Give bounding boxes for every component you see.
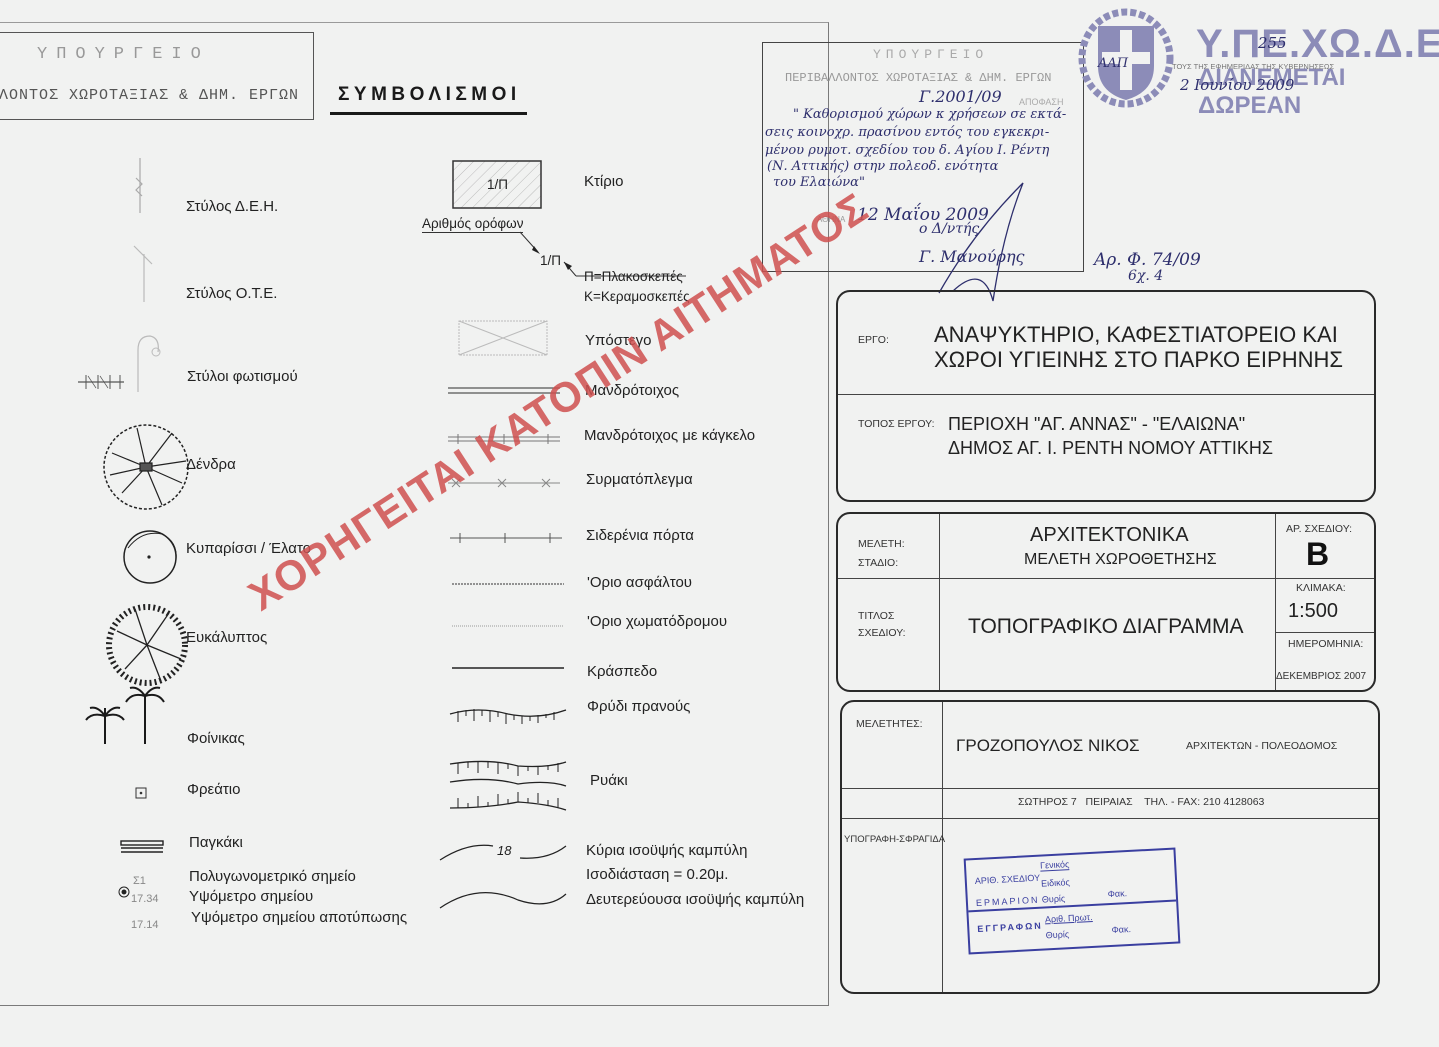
title-block-designers: ΜΕΛΕΤΗΤΕΣ: ΓΡΟΖΟΠΟΥΛΟΣ ΝΙΚΟΣ ΑΡΧΙΤΕΚΤΩΝ … xyxy=(840,700,1380,994)
designer-title: ΑΡΧΙΤΕΚΤΩΝ - ΠΟΛΕΟΔΟΜΟΣ xyxy=(1186,740,1337,752)
shed-icon xyxy=(458,320,548,356)
designer-name: ΓΡΟΖΟΠΟΥΛΟΣ ΝΙΚΟΣ xyxy=(956,736,1140,756)
curb-icon xyxy=(452,666,564,670)
slope-crest-icon xyxy=(448,704,568,726)
stream-icon xyxy=(448,758,570,814)
archive-drawer: Θυρίς xyxy=(1042,893,1066,904)
approval-ref: Γ.2001/09 xyxy=(919,87,1002,106)
tree-icon xyxy=(102,423,190,511)
study-label: ΜΕΛΕΤΗ: xyxy=(858,538,905,550)
survey-point-code: Σ1 xyxy=(133,875,146,887)
archive-general: Γενικός xyxy=(1040,859,1070,872)
location-label: ΤΟΠΟΣ ΕΡΓΟΥ: xyxy=(858,418,935,430)
legend-label-dirt-road-edge: 'Οριο χωματόδρομου xyxy=(587,613,727,630)
ministry-stamp-line1: ΥΠΟΥΡΓΕΙΟ xyxy=(37,45,210,64)
palm-icon xyxy=(84,686,168,748)
drawing-title: ΤΟΠΟΓΡΑΦΙΚΟ ΔΙΑΓΡΑΜΜΑ xyxy=(968,615,1244,639)
archive-specific: Ειδικός xyxy=(1041,877,1070,888)
floors-value: 1/Π xyxy=(540,253,561,268)
legend-label-wall-railing: Μανδρότοιχος με κάγκελο xyxy=(584,427,755,444)
power-pole-icon xyxy=(130,158,150,213)
floors-label: Αριθμός ορόφων xyxy=(422,216,523,233)
decision-label: ΑΠΟΦΑΣΗ xyxy=(1019,97,1064,107)
legend-label-eucalyptus: Ευκάλυπτος xyxy=(186,629,267,646)
recorded-elevation-value: 17.14 xyxy=(131,919,159,931)
legend-title: ΣΥΜΒΟΛΙΣΜΟΙ xyxy=(330,84,527,115)
designer-address: ΣΩΤΗΡΟΣ 7 ΠΕΙΡΑΙΑΣ ΤΗΛ. - FAX: 210 41280… xyxy=(1018,796,1264,808)
contour-value: 18 xyxy=(497,843,511,858)
legend-label-tree: Δένδρα xyxy=(186,456,236,473)
archive-cabinet: ΕΡΜΑΡΙΟΝ xyxy=(976,895,1040,908)
drawing-title-label-2: ΣΧΕΔΙΟΥ: xyxy=(858,627,906,639)
legend-label-power-pole: Στύλος Δ.Ε.Η. xyxy=(186,198,278,215)
gazette-number: 255 xyxy=(1258,34,1287,52)
legend-label-building: Κτίριο xyxy=(584,173,623,190)
scale-value: 1:500 xyxy=(1288,600,1338,623)
project-label: ΕΡΓΟ: xyxy=(858,334,889,346)
legend-label-curb: Κράσπεδο xyxy=(587,663,657,680)
study-value: ΑΡΧΙΤΕΚΤΟΝΙΚΑ xyxy=(1030,524,1189,547)
legend-label-telecom-pole: Στύλος Ο.Τ.Ε. xyxy=(186,285,277,302)
title-block-drawing: ΜΕΛΕΤΗ: ΣΤΑΔΙΟ: ΑΡΧΙΤΕΚΤΟΝΙΚΑ ΜΕΛΕΤΗ ΧΩΡ… xyxy=(836,512,1376,692)
archive-drawing-no: ΑΡΙΘ. ΣΧΕΔΙΟΥ xyxy=(975,873,1041,886)
drawing-no-label: ΑΡ. ΣΧΕΔΙΟΥ: xyxy=(1286,523,1352,535)
legend-label-iron-gate: Σιδερένια πόρτα xyxy=(586,527,694,544)
approval-text-2: σεις κοινοχρ. πρασίνου εντός του εγκεκρι… xyxy=(765,125,1049,140)
date-label: ΗΜΕΡΟΜΗΝΙΑ: xyxy=(1288,638,1363,650)
scale-label: ΚΛΙΜΑΚΑ: xyxy=(1296,582,1346,594)
file-ref-2: 6χ. 4 xyxy=(1128,268,1163,284)
eucalyptus-icon xyxy=(105,603,189,687)
drawing-no: B xyxy=(1306,536,1329,573)
gazette-handwritten-ref: ΑΑΠ xyxy=(1098,56,1128,71)
location-line2: ΔΗΜΟΣ ΑΓ. Ι. ΡΕΝΤΗ ΝΟΜΟΥ ΑΤΤΙΚΗΣ xyxy=(948,438,1273,459)
iron-gate-icon xyxy=(450,532,562,544)
legend-label-major-contour: Κύρια ισοϋψής καμπύλη xyxy=(586,842,748,859)
gazette-line: ΤΟΥΣ ΤΗΣ ΕΦΗΜΕΡΙΔΑΣ ΤΗΣ ΚΥΒΕΡΝΗΣΕΩΣ xyxy=(1172,62,1334,71)
legend-label-wire-fence: Συρματόπλεγμα xyxy=(586,471,693,488)
ministry-stamp: ΥΠΟΥΡΓΕΙΟ ΛΟΝΤΟΣ ΧΩΡΟΤΑΞΙΑΣ & ΔΗΜ. ΕΡΓΩΝ xyxy=(0,32,314,120)
archive-drawer-2: Θυρίς xyxy=(1046,929,1070,940)
signature-label: ΥΠΟΓΡΑΦΗ-ΣΦΡΑΓΙΔΑ xyxy=(844,834,945,845)
legend-label-survey-point: Πολυγωνομετρικό σημείο xyxy=(189,868,356,885)
stage-value: ΜΕΛΕΤΗ ΧΩΡΟΘΕΤΗΣΗΣ xyxy=(1024,551,1217,569)
dirt-road-edge-icon xyxy=(452,624,564,628)
legend-label-bench: Παγκάκι xyxy=(189,834,243,851)
legend-label-contour-interval: Ισοδιάσταση = 0.20μ. xyxy=(586,866,728,883)
stage-label: ΣΤΑΔΙΟ: xyxy=(858,557,898,569)
legend-label-recorded-elevation: Υψόμετρο σημείου αποτύπωσης xyxy=(191,909,407,926)
bench-icon xyxy=(120,840,164,854)
archive-stamp: ΑΡΙΘ. ΣΧΕΔΙΟΥ Γενικός Ειδικός ΕΡΜΑΡΙΟΝ Θ… xyxy=(964,848,1181,955)
approval-header1: ΥΠΟΥΡΓΕΙΟ xyxy=(873,47,988,62)
project-line2: ΧΩΡΟΙ ΥΓΙΕΙΝΗΣ ΣΤΟ ΠΑΡΚΟ ΕΙΡΗΝΗΣ xyxy=(934,347,1343,373)
building-floors-inner: 1/Π xyxy=(487,177,508,192)
legend-label-palm: Φοίνικας xyxy=(187,730,245,747)
survey-point-icon xyxy=(118,886,130,898)
signature-icon xyxy=(933,173,1033,303)
legend-label-stream: Ρυάκι xyxy=(590,772,628,789)
archive-documents: ΕΓΓΡΑΦΩΝ xyxy=(977,921,1043,934)
file-ref: Αρ. Φ. 74/09 xyxy=(1094,250,1201,270)
approval-text-4: (Ν. Αττικής) στην πολεοδ. ενότητα xyxy=(767,159,998,174)
approval-text-3: μένου ρυμοτ. σχεδίου του δ. Αγίου Ι. Ρέν… xyxy=(765,143,1049,158)
gazette-logo-title: Υ.ΠΕ.ΧΩ.Δ.Ε. xyxy=(1196,22,1439,67)
legend-label-elevation: Υψόμετρο σημείου xyxy=(189,888,313,905)
location-line1: ΠΕΡΙΟΧΗ "ΑΓ. ΑΝΝΑΣ" - "ΕΛΑΙΩΝΑ" xyxy=(948,414,1245,435)
survey-point-elevation: 17.34 xyxy=(131,893,159,905)
approval-header2: ΠΕΡΙΒΑΛΛΟΝΤΟΣ ΧΩΡΟΤΑΞΙΑΣ & ΔΗΜ. ΕΡΓΩΝ xyxy=(785,71,1051,85)
telecom-pole-icon xyxy=(130,244,160,304)
minor-contour-icon xyxy=(438,886,568,912)
title-block-project: ΕΡΓΟ: ΑΝΑΨΥΚΤΗΡΙΟ, ΚΑΦΕΣΤΙΑΤΟΡΕΙΟ ΚΑΙ ΧΩ… xyxy=(836,290,1376,502)
archive-folder: Φακ. xyxy=(1107,888,1127,899)
legend-label-asphalt-edge: 'Οριο ασφάλτου xyxy=(587,574,692,591)
project-line1: ΑΝΑΨΥΚΤΗΡΙΟ, ΚΑΦΕΣΤΙΑΤΟΡΕΙΟ ΚΑΙ xyxy=(934,322,1338,348)
ministry-stamp-line2: ΛΟΝΤΟΣ ΧΩΡΟΤΑΞΙΑΣ & ΔΗΜ. ΕΡΓΩΝ xyxy=(0,87,299,104)
approval-text-1: " Καθορισμού χώρων κ χρήσεων σε εκτά- xyxy=(793,107,1066,122)
archive-protocol: Αριθ. Πρωτ. xyxy=(1045,912,1093,924)
legend-label-minor-contour: Δευτερεύουσα ισοϋψής καμπύλη xyxy=(586,891,804,908)
asphalt-edge-icon xyxy=(452,582,564,586)
legend-label-street-light: Στύλοι φωτισμού xyxy=(187,368,298,385)
date-value: ΔΕΚΕΜΒΡΙΟΣ 2007 xyxy=(1276,671,1366,682)
roof-type-slab: Π=Πλακοσκεπές xyxy=(584,269,683,284)
legend-label-slope-crest: Φρύδι πρανούς xyxy=(587,698,690,715)
designers-label: ΜΕΛΕΤΗΤΕΣ: xyxy=(856,718,923,730)
gazette-date: 2 Ιουνίου 2009 xyxy=(1180,76,1294,94)
manhole-icon xyxy=(135,787,147,799)
legend-label-manhole: Φρεάτιο xyxy=(187,781,240,798)
archive-folder-2: Φακ. xyxy=(1111,924,1131,935)
cypress-icon xyxy=(122,528,180,586)
drawing-title-label-1: ΤΙΤΛΟΣ xyxy=(858,610,894,622)
street-light-icon xyxy=(76,332,176,392)
